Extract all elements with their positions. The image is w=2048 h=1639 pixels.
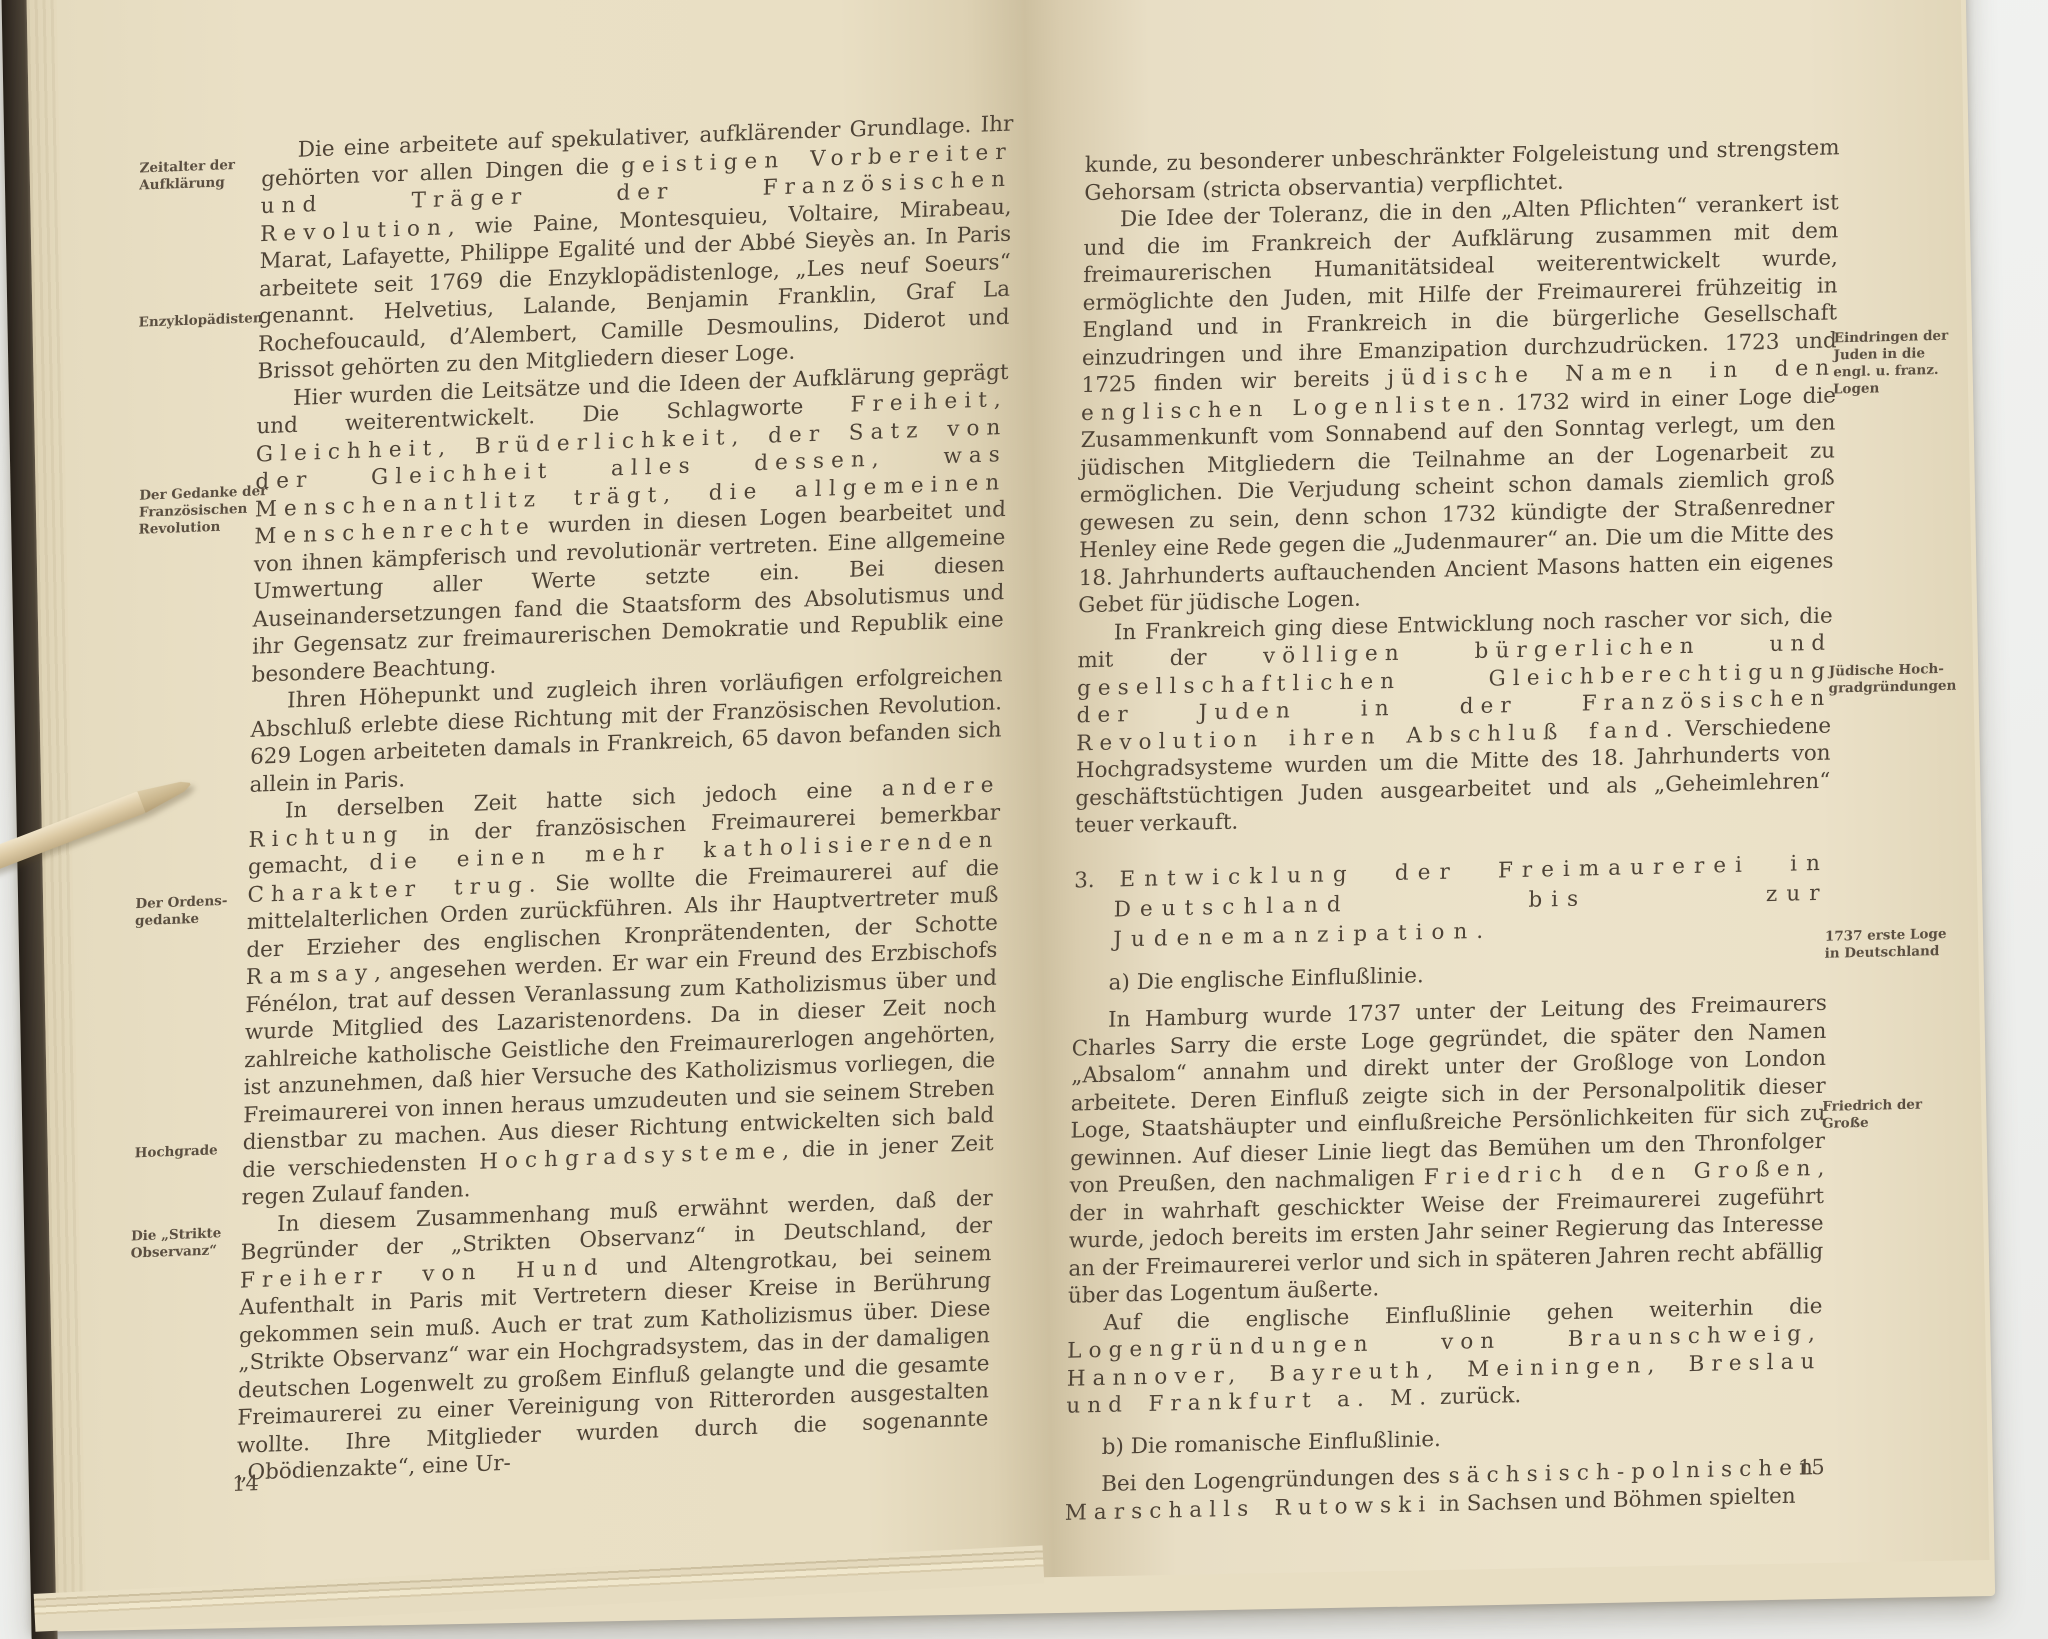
- paragraph: In diesem Zusammenhang muß erwähnt werde…: [236, 1184, 993, 1487]
- paragraph: Die Idee der Toleranz, die in den „Alten…: [1078, 189, 1839, 620]
- body-text: a) Die englische Einflußlinie.: [1108, 963, 1424, 995]
- margin-note: Die „Strikte Observanz“: [131, 1224, 266, 1263]
- paragraph: Die eine arbeitete auf spekulativer, auf…: [257, 110, 1013, 385]
- section-heading: 3. Entwicklung der Freimaurerei in Deuts…: [1073, 848, 1829, 956]
- margin-note: Der Gedanke der Französischen Revolution: [138, 483, 273, 539]
- paragraph: Auf die englische Einflußlinie gehen wei…: [1066, 1292, 1822, 1420]
- margin-note: Jüdische Hoch- gradgründungen: [1828, 660, 1996, 698]
- body-text: 3.: [1074, 867, 1120, 893]
- paragraph: In derselben Zeit hatte sich jedoch eine…: [241, 771, 1000, 1212]
- margin-note: Eindringen der Juden in die engl. u. fra…: [1833, 326, 2002, 398]
- margin-note: Friedrich der Große: [1822, 1095, 1990, 1133]
- body-text: zurück.: [1433, 1383, 1521, 1410]
- page-number-right: 15: [1798, 1455, 1825, 1480]
- emphasized-text: Ramsay: [246, 960, 375, 990]
- paragraph: Hier wurden die Leitsätze und die Ideen …: [251, 358, 1008, 688]
- right-page: kunde, zu besonderer unbeschränkter Folg…: [1065, 130, 2015, 1527]
- paragraph: In Hamburg wurde 1737 unter der Leitung …: [1068, 990, 1827, 1310]
- margin-note: 1737 erste Loge in Deutschland: [1824, 925, 1992, 963]
- margin-note: Zeitalter der Aufklärung: [139, 156, 274, 195]
- body-text: b) Die romanische Einflußlinie.: [1102, 1426, 1442, 1459]
- left-page-body: Die eine arbeitete auf spekulativer, auf…: [236, 110, 1013, 1487]
- margin-note: Der Ordens- gedanke: [135, 891, 270, 930]
- sub-heading: b) Die romanische Einflußlinie.: [1066, 1417, 1821, 1462]
- sub-heading: a) Die englische Einflußlinie.: [1072, 952, 1827, 997]
- right-page-body: kunde, zu besonderer unbeschränkter Folg…: [1065, 134, 1840, 1527]
- page-number-left: 14: [232, 1471, 259, 1496]
- paragraph: In Frankreich ging diese Entwicklung noc…: [1075, 602, 1833, 840]
- book-photo: Die eine arbeitete auf spekulativer, auf…: [0, 0, 2048, 1639]
- left-page: Die eine arbeitete auf spekulativer, auf…: [236, 110, 1026, 1487]
- emphasized-text: Entwicklung der Freimaurerei in Deutschl…: [1113, 850, 1829, 952]
